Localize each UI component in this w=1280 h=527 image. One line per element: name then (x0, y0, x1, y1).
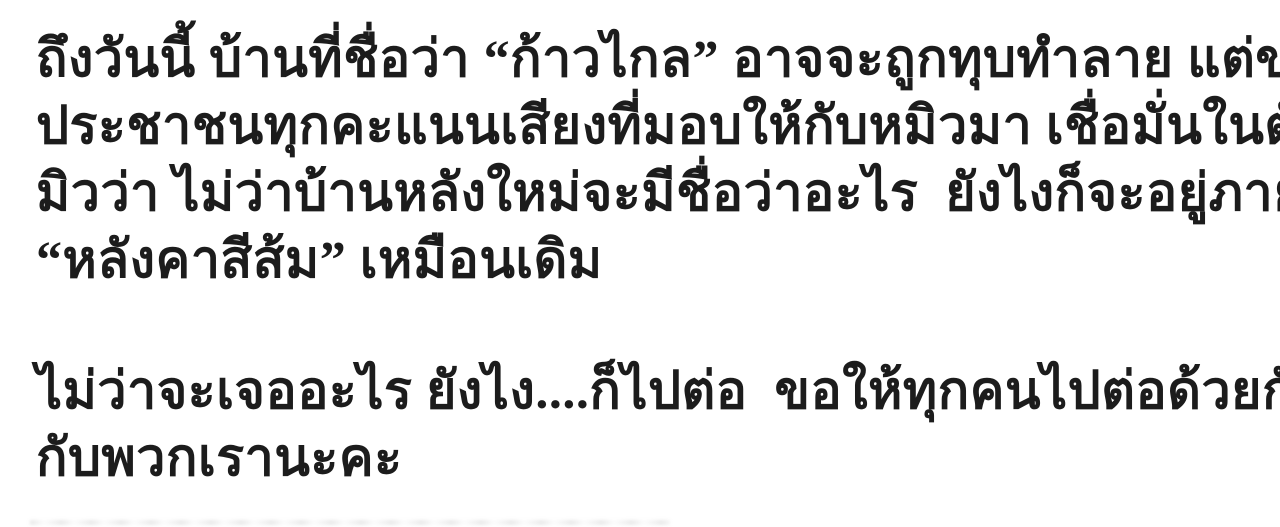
paragraph-1: ถึงวันนี้ บ้านที่ชื่อว่า “ก้าวไกล” อาจจะ… (36, 26, 1260, 294)
document-text-block: ถึงวันนี้ บ้านที่ชื่อว่า “ก้าวไกล” อาจจะ… (36, 26, 1260, 492)
text-line: “หลังคาสีส้ม” เหมือนเดิม (36, 227, 1260, 294)
text-line: กับพวกเรานะคะ (36, 425, 1260, 492)
text-line: ถึงวันนี้ บ้านที่ชื่อว่า “ก้าวไกล” อาจจะ… (36, 26, 1260, 93)
text-line: ไม่ว่าจะเจออะไร ยังไง....ก็ไปต่อ ขอให้ทุ… (36, 358, 1260, 425)
paragraph-2: ไม่ว่าจะเจออะไร ยังไง....ก็ไปต่อ ขอให้ทุ… (36, 358, 1260, 492)
text-line: มิวว่า ไม่ว่าบ้านหลังใหม่จะมีชื่อว่าอะไร… (36, 160, 1260, 227)
text-line: ประชาชนทุกคะแนนเสียงที่มอบให้กับหมิวมา เ… (36, 93, 1260, 160)
crop-artifact-strip (30, 520, 670, 525)
